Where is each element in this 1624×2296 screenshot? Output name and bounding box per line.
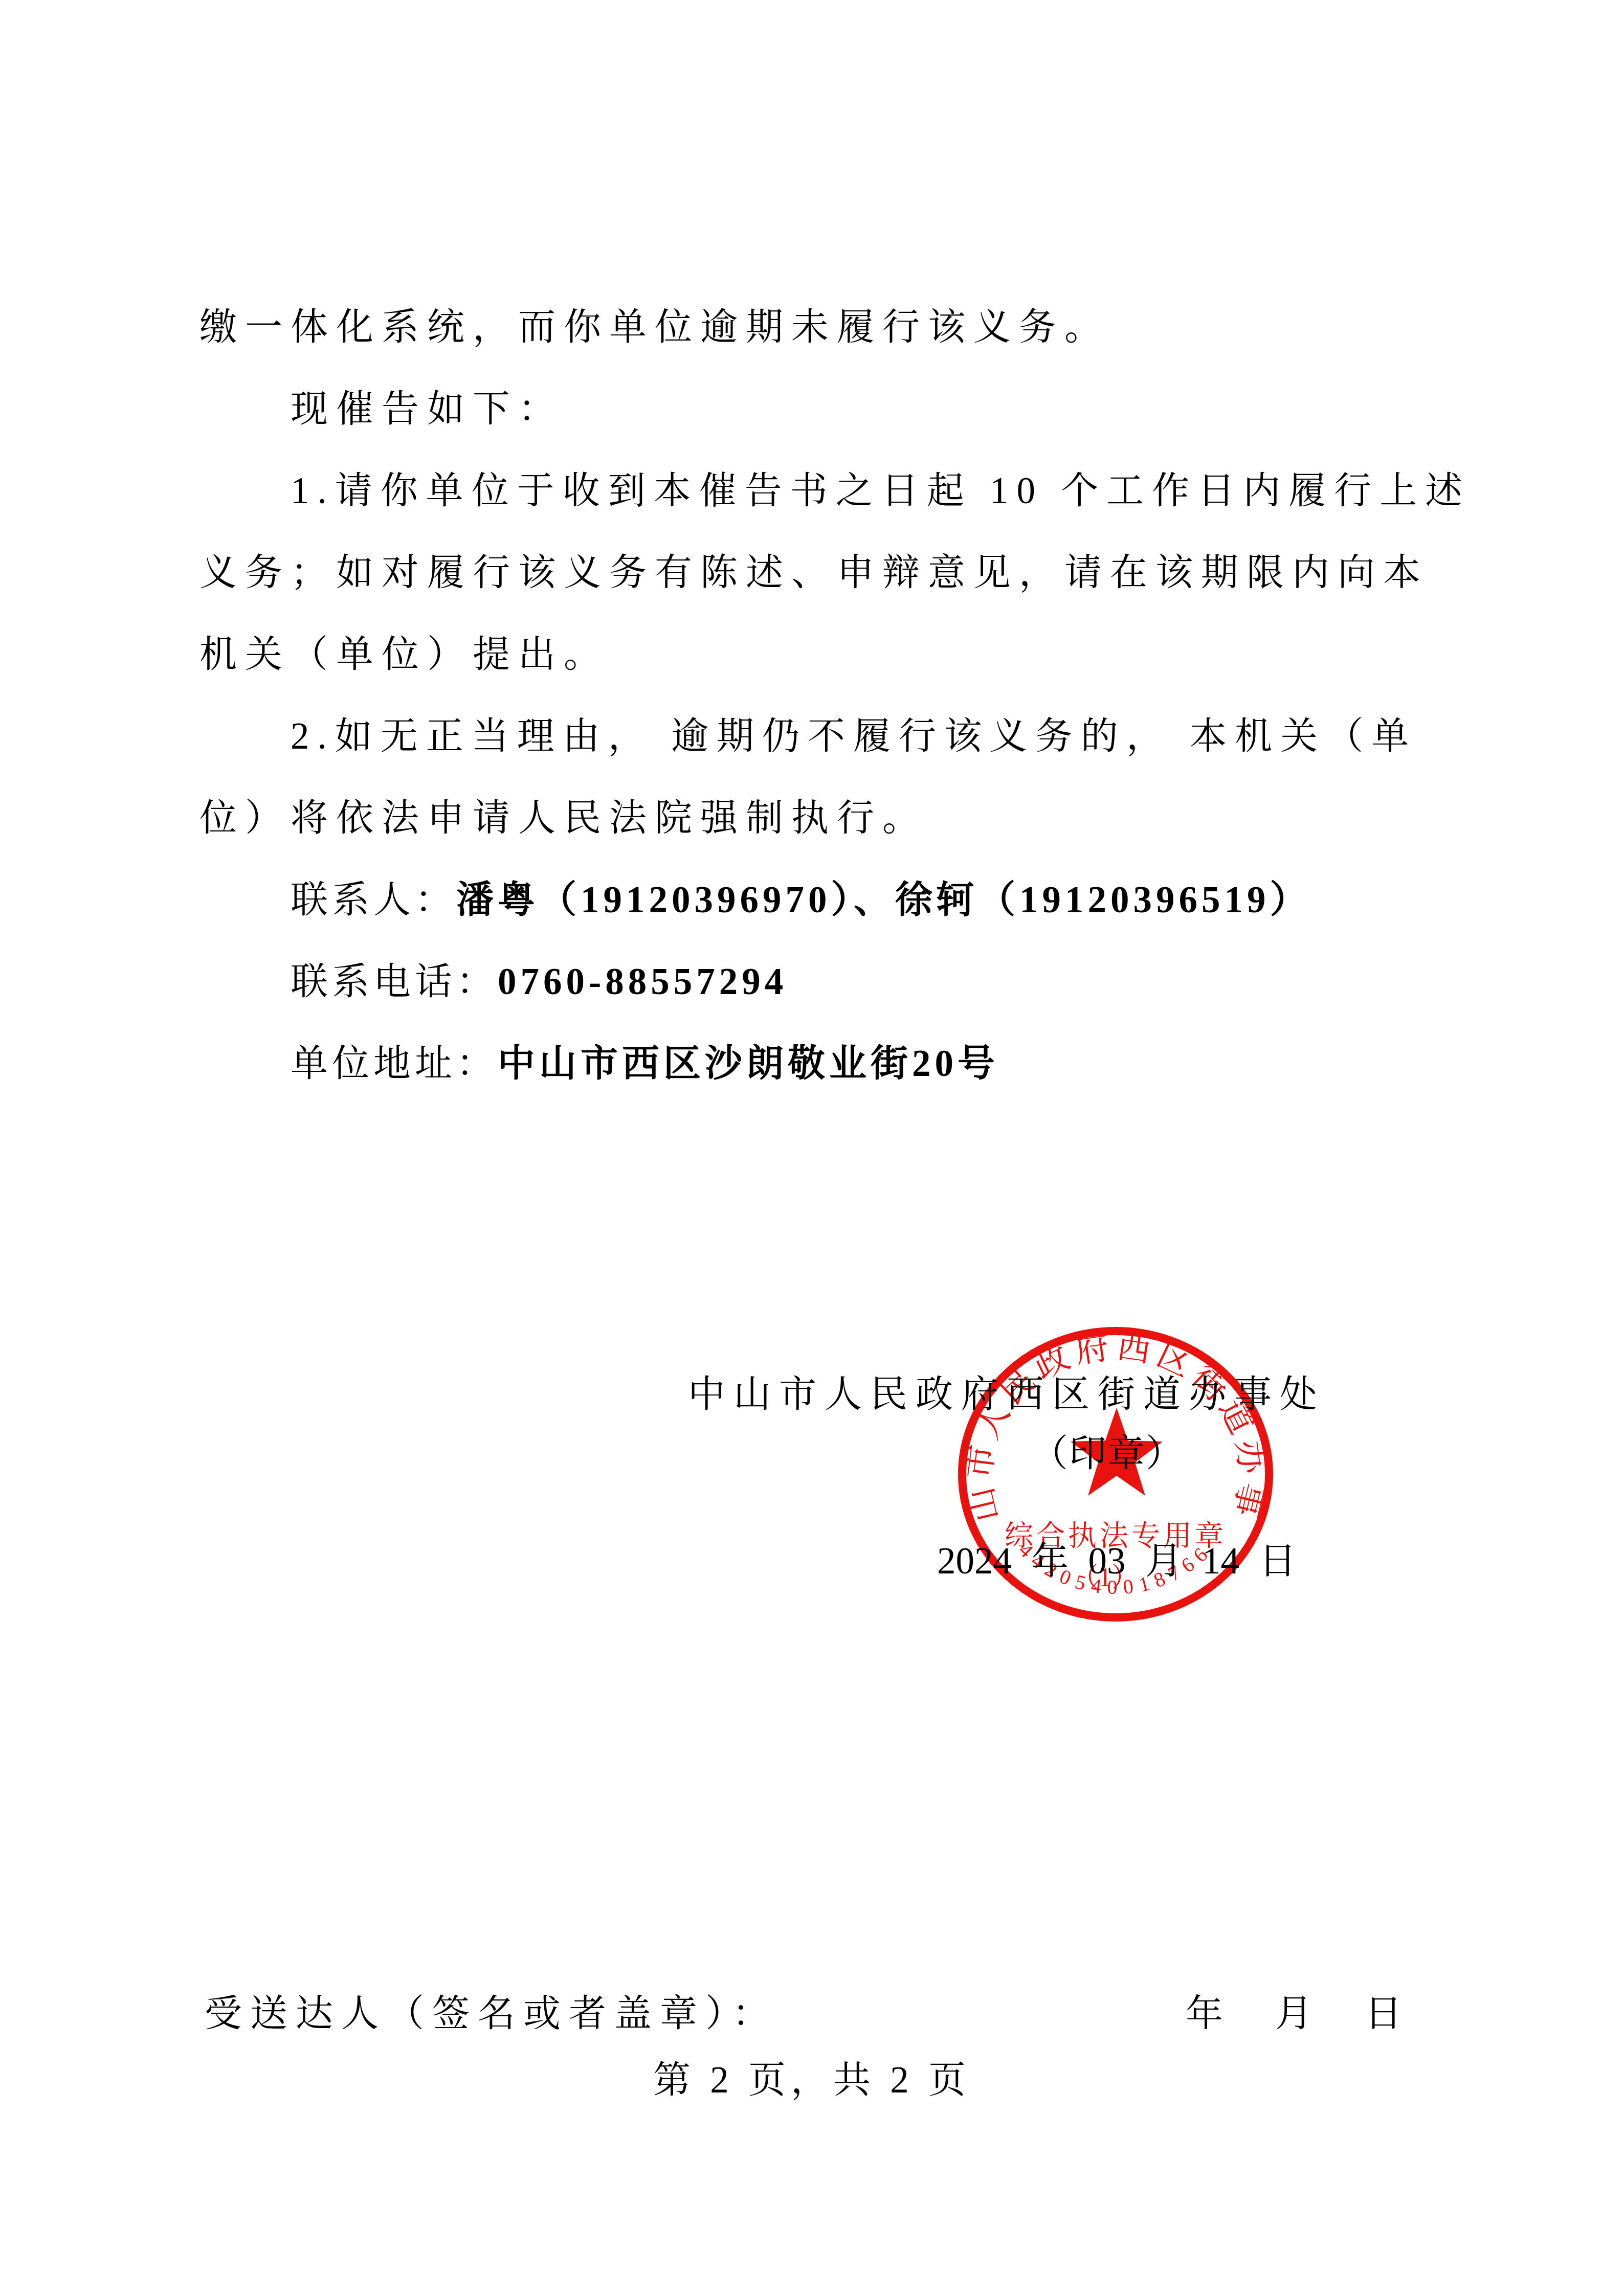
contact-person-line: 联系人：潘粤（19120396970）、徐轲（19120396519） [199,859,1437,941]
body-line: 1.请你单位于收到本催告书之日起 10 个工作日内履行上述 [199,450,1437,532]
page-number: 第 2 页，共 2 页 [0,2039,1624,2121]
document-body: 缴一体化系统，而你单位逾期未履行该义务。 现催告如下： 1.请你单位于收到本催告… [199,286,1437,1105]
contact-person-label: 联系人： [291,879,456,920]
body-line: 义务；如对履行该义务有陈述、申辩意见，请在该期限内向本 [199,532,1437,614]
document-page: 缴一体化系统，而你单位逾期未履行该义务。 现催告如下： 1.请你单位于收到本催告… [0,0,1624,2296]
star-icon [1071,1408,1163,1496]
body-line: 2.如无正当理由， 逾期仍不履行该义务的， 本机关（单 [199,695,1437,777]
body-line: 机关（单位）提出。 [199,614,1437,695]
contact-phone-label: 联系电话： [291,961,498,1002]
unit-address-label: 单位地址： [291,1043,498,1084]
body-line: 现催告如下： [199,368,1437,450]
official-seal-stamp: 中山市人民政府西区街道办事处 综合执法专用章 （1） 4420540018766 [951,1324,1289,1641]
unit-address-line: 单位地址：中山市西区沙朗敬业街20号 [199,1023,1437,1105]
contact-phone-line: 联系电话：0760-88557294 [199,941,1437,1023]
contact-phone-value: 0760-88557294 [498,961,787,1002]
body-line: 缴一体化系统，而你单位逾期未履行该义务。 [199,286,1437,368]
contact-person-value: 潘粤（19120396970）、徐轲（19120396519） [456,879,1311,920]
body-line: 位）将依法申请人民法院强制执行。 [199,777,1437,859]
unit-address-value: 中山市西区沙朗敬业街20号 [498,1043,999,1084]
